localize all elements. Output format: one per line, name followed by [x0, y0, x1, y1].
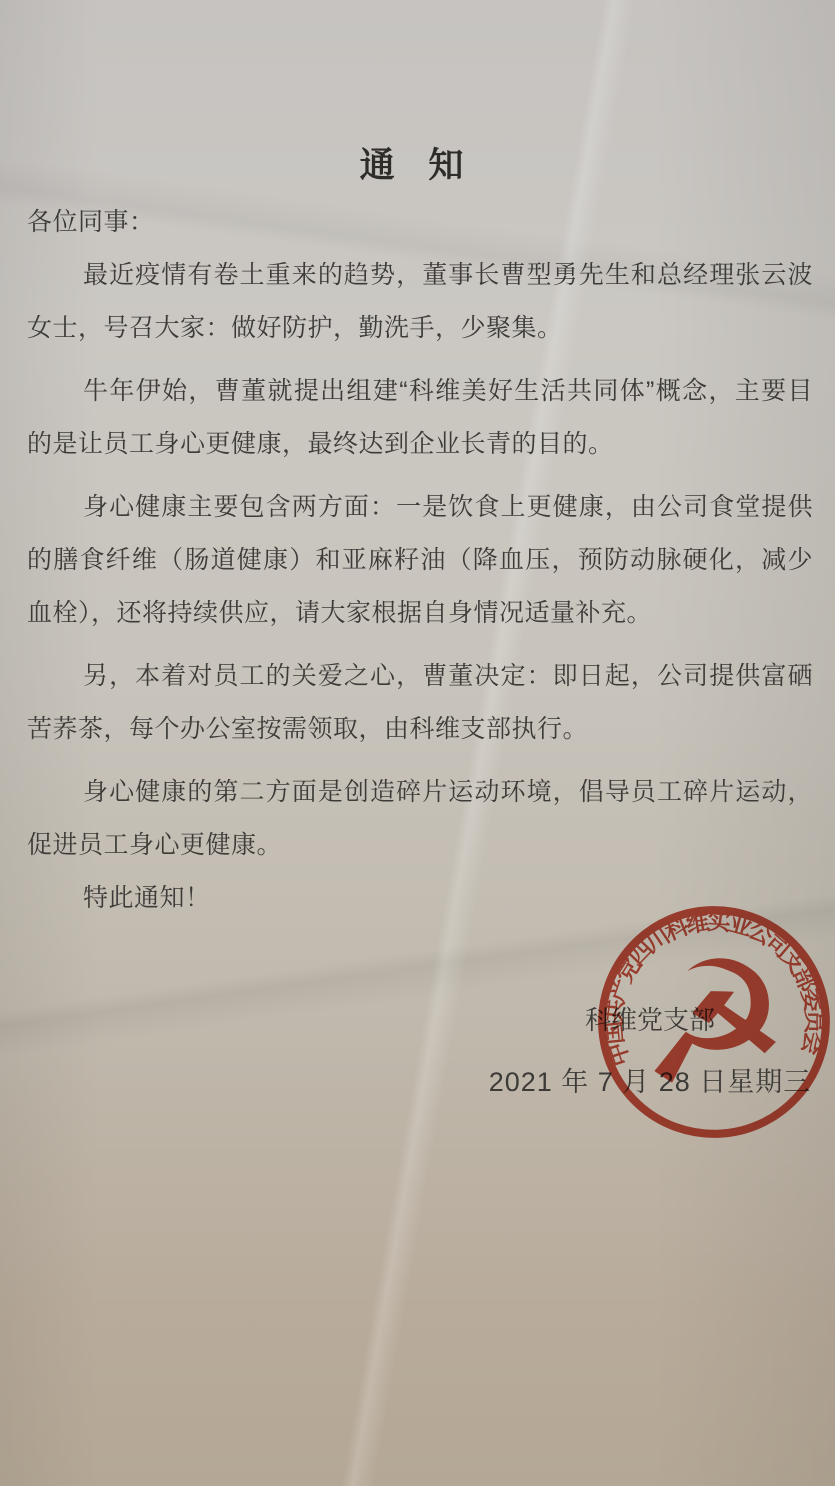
notice-paragraph: 身心健康的第二方面是创造碎片运动环境，倡导员工碎片运动，促进员工身心更健康。: [27, 766, 813, 872]
notice-paragraph: 身心健康主要包含两方面：一是饮食上更健康，由公司食堂提供的膳食纤维（肠道健康）和…: [27, 481, 813, 640]
notice-paragraph: 牛年伊始，曹董就提出组建“科维美好生活共同体”概念，主要目的是让员工身心更健康，…: [27, 365, 813, 471]
notice-body: 各位同事： 最近疫情有卷土重来的趋势，董事长曹型勇先生和总经理张云波女士，号召大…: [27, 196, 813, 935]
notice-paper: 通 知 各位同事： 最近疫情有卷土重来的趋势，董事长曹型勇先生和总经理张云波女士…: [0, 0, 835, 1486]
hammer-and-sickle-icon: ☭: [636, 926, 793, 1119]
official-seal: 中国共产党四川科维实业公司支部委员会 ☭: [588, 896, 835, 1148]
salutation: 各位同事：: [27, 196, 813, 249]
notice-paragraph: 另，本着对员工的关爱之心，曹董决定：即日起，公司提供富硒苦荞茶，每个办公室按需领…: [27, 650, 813, 756]
page-title: 通 知: [0, 138, 835, 188]
notice-paragraph: 最近疫情有卷土重来的趋势，董事长曹型勇先生和总经理张云波女士，号召大家：做好防护…: [27, 249, 813, 355]
